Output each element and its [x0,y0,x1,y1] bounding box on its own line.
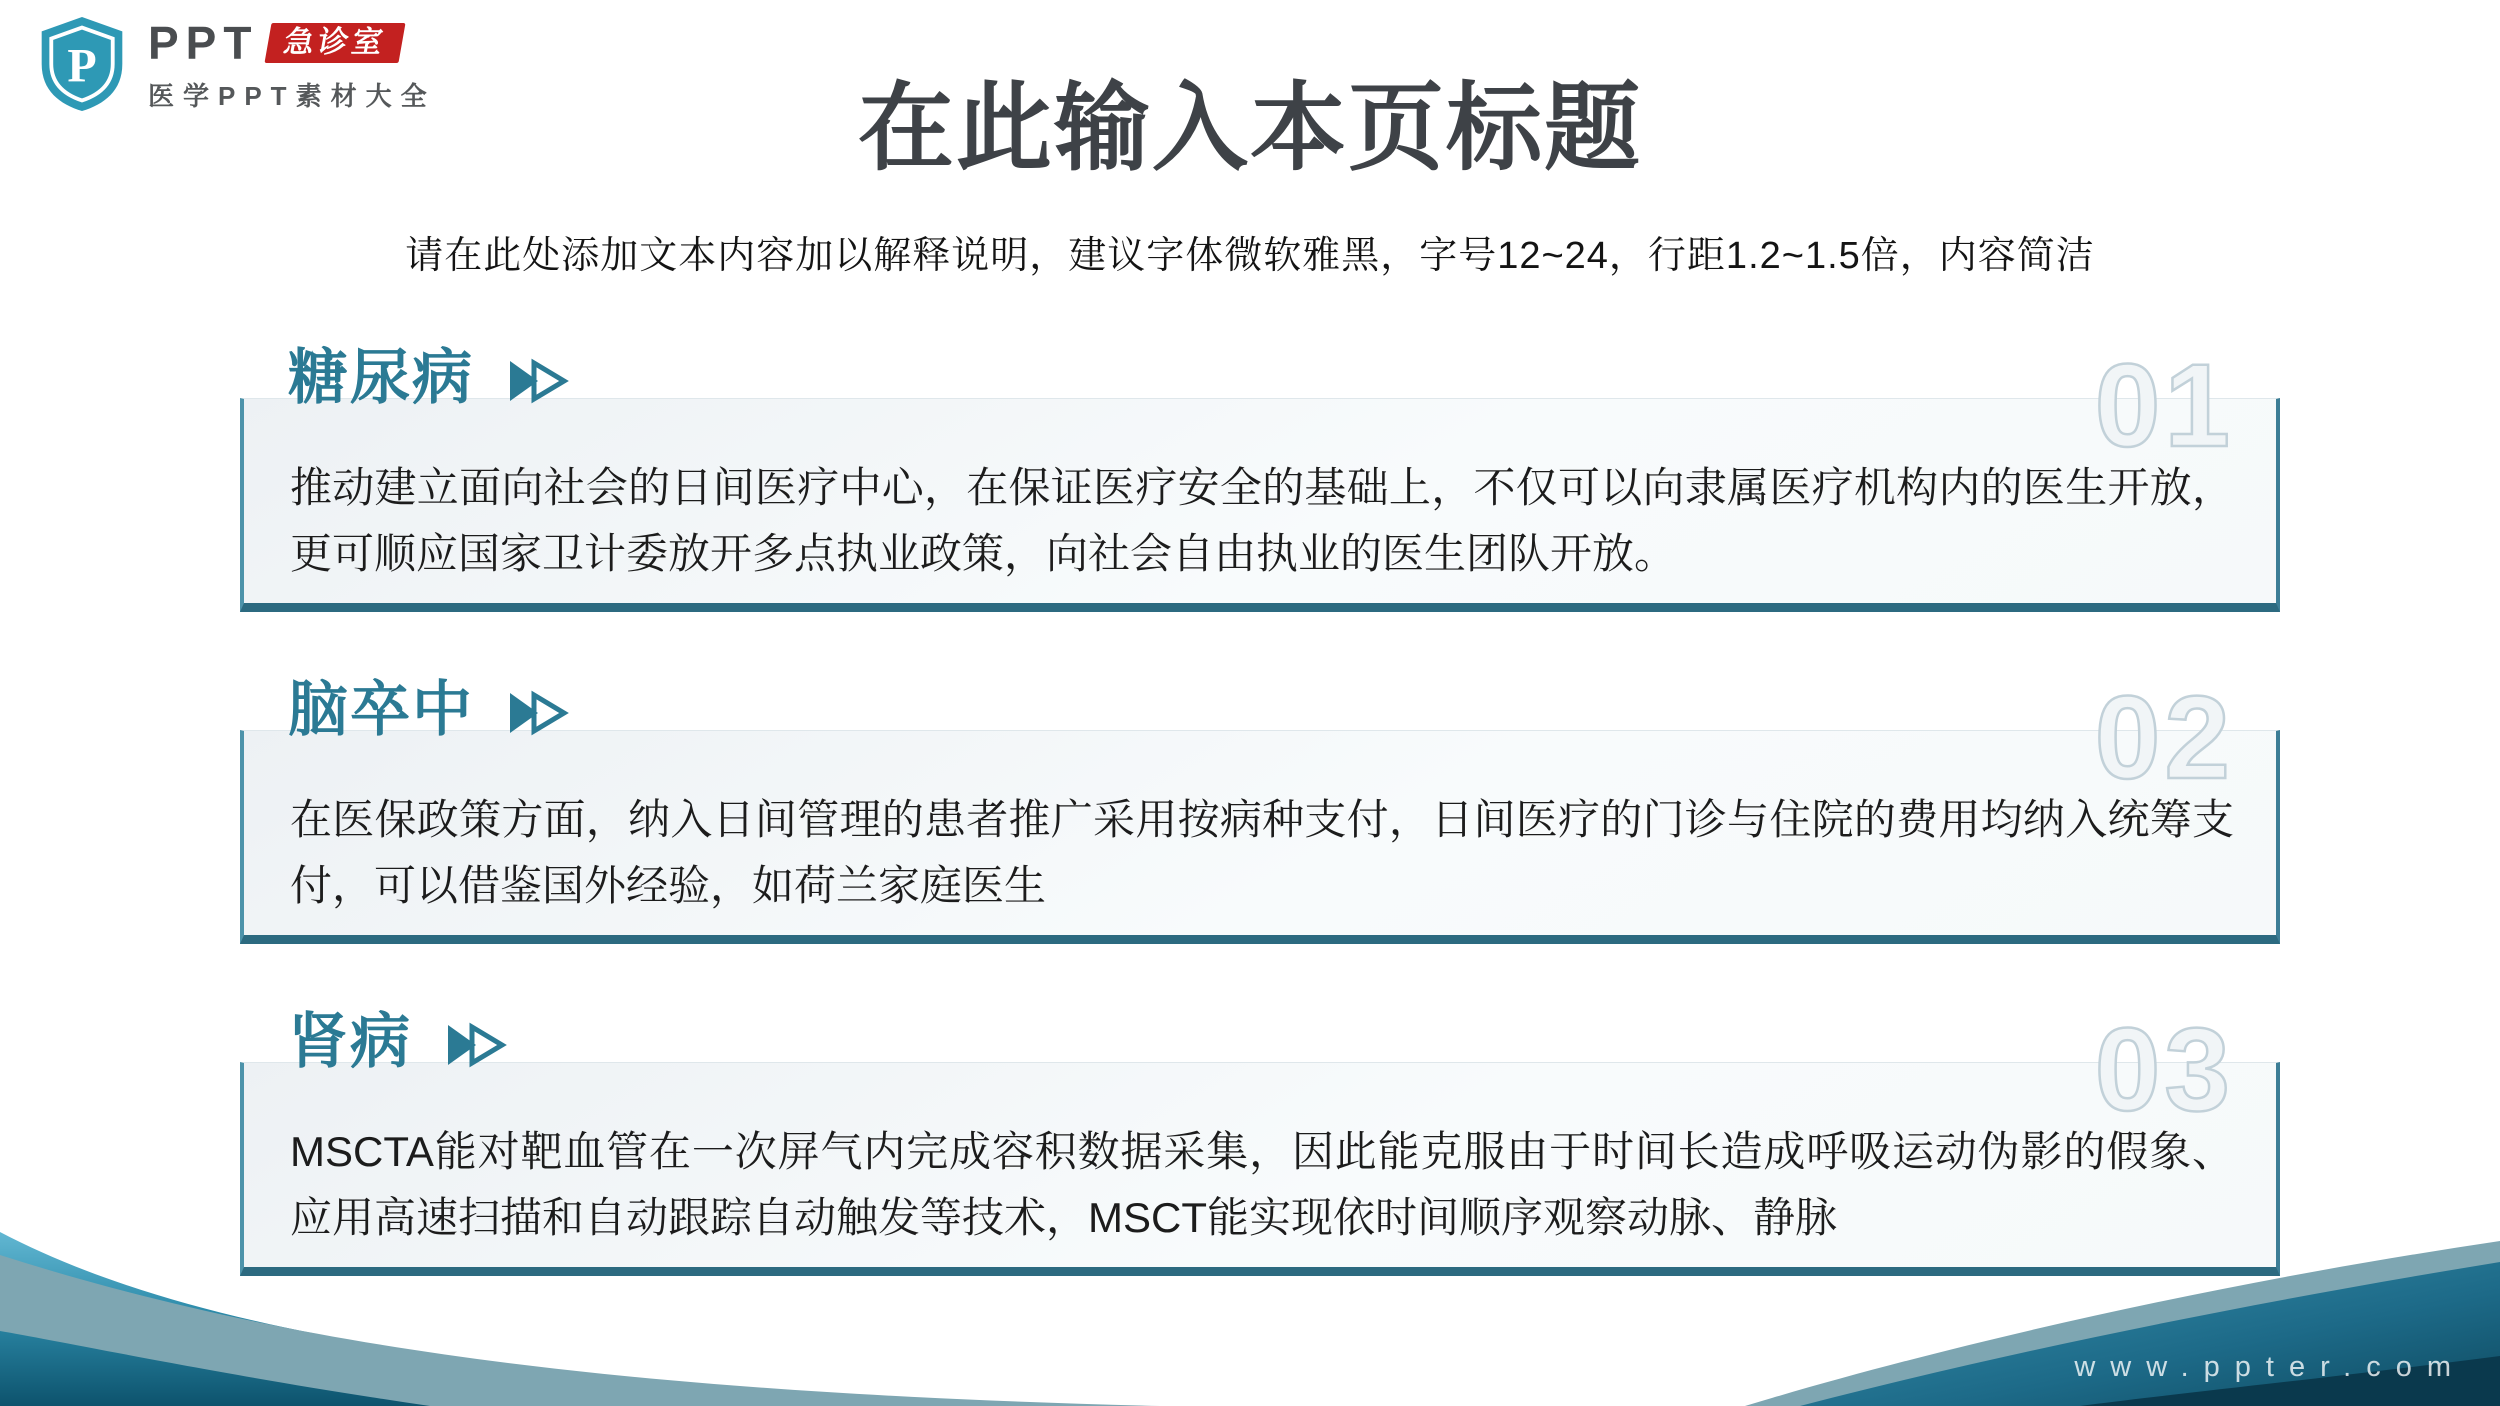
section-card-2: 脑卒中 02 在医保政策方面，纳入日间管理的患者推广采用按病种支付，日间医疗的门… [240,730,2280,944]
section-3-body: MSCTA能对靶血管在一次屏气内完成容积数据采集，因此能克服由于时间长造成呼吸运… [244,1063,2276,1250]
section-card-1: 糖尿病 01 推动建立面向社会的日间医疗中心，在保证医疗安全的基础上，不仅可以向… [240,398,2280,612]
double-arrow-icon [446,1022,508,1068]
double-arrow-icon [508,690,570,736]
section-2-header: 脑卒中 [288,675,570,744]
site-watermark: www.ppter.com [2074,1351,2466,1384]
section-1-body: 推动建立面向社会的日间医疗中心，在保证医疗安全的基础上，不仅可以向隶属医疗机构内… [244,399,2276,586]
slide: P PPT 急诊室 医学PPT素材大全 在此输入本页标题 请在此处添加文本内容加… [0,0,2500,1406]
section-1-title: 糖尿病 [288,343,474,412]
section-3-header: 肾病 [288,1007,508,1076]
double-arrow-icon [508,358,570,404]
section-1-number: 01 [2095,347,2234,465]
section-card-3: 肾病 03 MSCTA能对靶血管在一次屏气内完成容积数据采集，因此能克服由于时间… [240,1062,2280,1276]
section-3-title: 肾病 [288,1007,412,1076]
section-3-number: 03 [2095,1011,2234,1129]
section-2-title: 脑卒中 [288,675,474,744]
section-2-number: 02 [2095,679,2234,797]
page-subtitle: 请在此处添加文本内容加以解释说明，建议字体微软雅黑，字号12~24，行距1.2~… [0,224,2500,279]
page-title: 在此输入本页标题 [0,52,2500,189]
section-1-header: 糖尿病 [288,343,570,412]
section-2-body: 在医保政策方面，纳入日间管理的患者推广采用按病种支付，日间医疗的门诊与住院的费用… [244,731,2276,918]
